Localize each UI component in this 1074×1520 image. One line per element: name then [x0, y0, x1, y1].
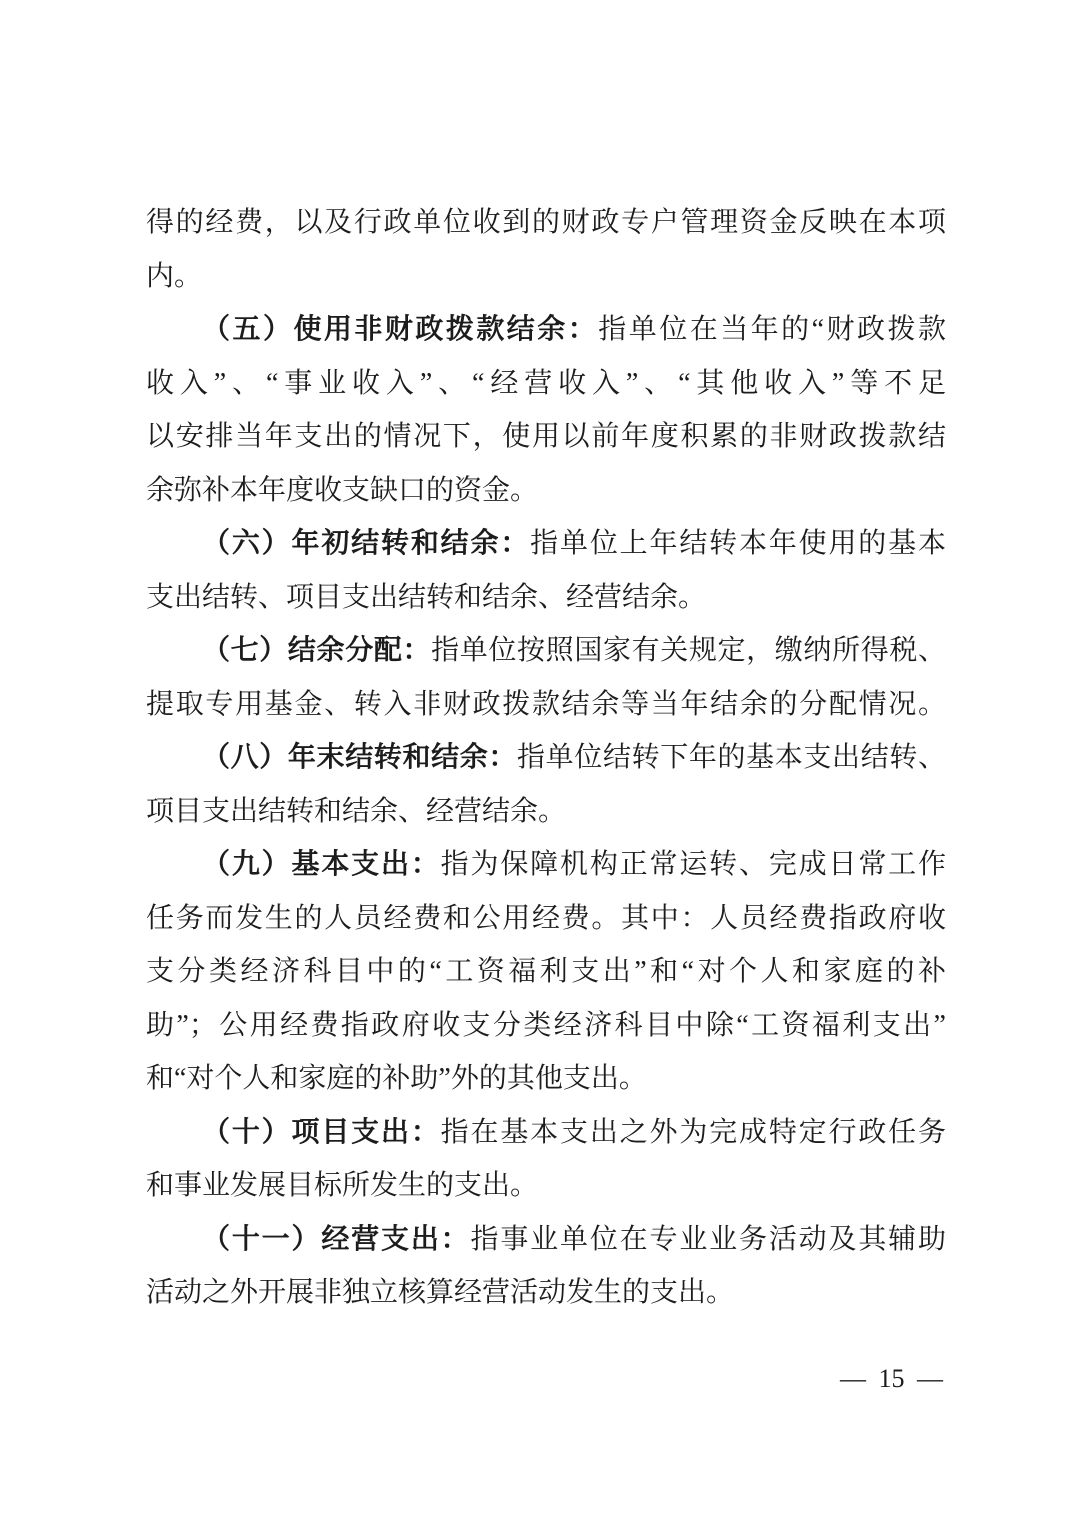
line-text: 指事业单位在专业业务活动及其辅助: [471, 1224, 946, 1255]
text-line: 提取专用基金、转入非财政拨款结余等当年结余的分配情况。: [146, 678, 946, 732]
line-text: 指单位在当年的“财政拨款: [598, 314, 946, 345]
line-text: 和“对个人和家庭的补助”外的其他支出。: [146, 1063, 647, 1094]
item-6-first-line: （六）年初结转和结余：指单位上年结转本年使用的基本: [146, 517, 946, 571]
line-text: 得的经费，以及行政单位收到的财政专户管理资金反映在本项: [146, 207, 946, 238]
line-text: 指单位上年结转本年使用的基本: [530, 528, 946, 559]
text-line: 项目支出结转和结余、经营结余。: [146, 785, 946, 839]
item-9-first-line: （九）基本支出：指为保障机构正常运转、完成日常工作: [146, 838, 946, 892]
line-text: 以安排当年支出的情况下，使用以前年度积累的非财政拨款结: [146, 421, 946, 452]
text-line: 和事业发展目标所发生的支出。: [146, 1159, 946, 1213]
text-line: 支出结转、项目支出结转和结余、经营结余。: [146, 571, 946, 625]
item-5-label: （五）使用非财政拨款结余：: [202, 314, 598, 345]
line-text: 活动之外开展非独立核算经营活动发生的支出。: [146, 1277, 734, 1308]
item-7-label: （七）结余分配：: [202, 635, 431, 666]
line-text: 指在基本支出之外为完成特定行政任务: [441, 1117, 946, 1148]
line-text: 余弥补本年度收支缺口的资金。: [146, 475, 538, 506]
page-number: — 15 —: [840, 1364, 943, 1394]
item-11-label: （十一）经营支出：: [202, 1224, 471, 1255]
document-body: 得的经费，以及行政单位收到的财政专户管理资金反映在本项 内。 （五）使用非财政拨…: [146, 196, 946, 1320]
text-line: 支分类经济科目中的“工资福利支出”和“对个人和家庭的补: [146, 945, 946, 999]
text-line: 活动之外开展非独立核算经营活动发生的支出。: [146, 1266, 946, 1320]
line-text: 支分类经济科目中的“工资福利支出”和“对个人和家庭的补: [146, 956, 946, 987]
document-page: 得的经费，以及行政单位收到的财政专户管理资金反映在本项 内。 （五）使用非财政拨…: [0, 0, 1074, 1520]
line-text: 助”；公用经费指政府收支分类经济科目中除“工资福利支出”: [146, 1010, 946, 1041]
item-6-label: （六）年初结转和结余：: [202, 528, 530, 559]
text-line: 以安排当年支出的情况下，使用以前年度积累的非财政拨款结: [146, 410, 946, 464]
item-7-first-line: （七）结余分配：指单位按照国家有关规定，缴纳所得税、: [146, 624, 946, 678]
text-line: 任务而发生的人员经费和公用经费。其中：人员经费指政府收: [146, 892, 946, 946]
item-5-first-line: （五）使用非财政拨款结余：指单位在当年的“财政拨款: [146, 303, 946, 357]
line-text: 和事业发展目标所发生的支出。: [146, 1170, 538, 1201]
line-text: 指为保障机构正常运转、完成日常工作: [441, 849, 946, 880]
item-9-label: （九）基本支出：: [202, 849, 441, 880]
text-line: 和“对个人和家庭的补助”外的其他支出。: [146, 1052, 946, 1106]
text-line: 收入”、“事业收入”、“经营收入”、“其他收入”等不足: [146, 357, 946, 411]
line-text: 支出结转、项目支出结转和结余、经营结余。: [146, 582, 706, 613]
line-text: 内。: [146, 261, 202, 292]
line-text: 收入”、“事业收入”、“经营收入”、“其他收入”等不足: [146, 368, 946, 399]
item-10-first-line: （十）项目支出：指在基本支出之外为完成特定行政任务: [146, 1106, 946, 1160]
item-10-label: （十）项目支出：: [202, 1117, 441, 1148]
line-text: 任务而发生的人员经费和公用经费。其中：人员经费指政府收: [146, 903, 946, 934]
item-8-label: （八）年末结转和结余：: [202, 742, 517, 773]
line-text: 提取专用基金、转入非财政拨款结余等当年结余的分配情况。: [146, 689, 946, 720]
text-line: 助”；公用经费指政府收支分类经济科目中除“工资福利支出”: [146, 999, 946, 1053]
line-text: 指单位结转下年的基本支出结转、: [517, 742, 946, 773]
text-line: 得的经费，以及行政单位收到的财政专户管理资金反映在本项: [146, 196, 946, 250]
line-text: 指单位按照国家有关规定，缴纳所得税、: [431, 635, 946, 666]
text-line: 内。: [146, 250, 946, 304]
item-8-first-line: （八）年末结转和结余：指单位结转下年的基本支出结转、: [146, 731, 946, 785]
line-text: 项目支出结转和结余、经营结余。: [146, 796, 566, 827]
item-11-first-line: （十一）经营支出：指事业单位在专业业务活动及其辅助: [146, 1213, 946, 1267]
text-line: 余弥补本年度收支缺口的资金。: [146, 464, 946, 518]
